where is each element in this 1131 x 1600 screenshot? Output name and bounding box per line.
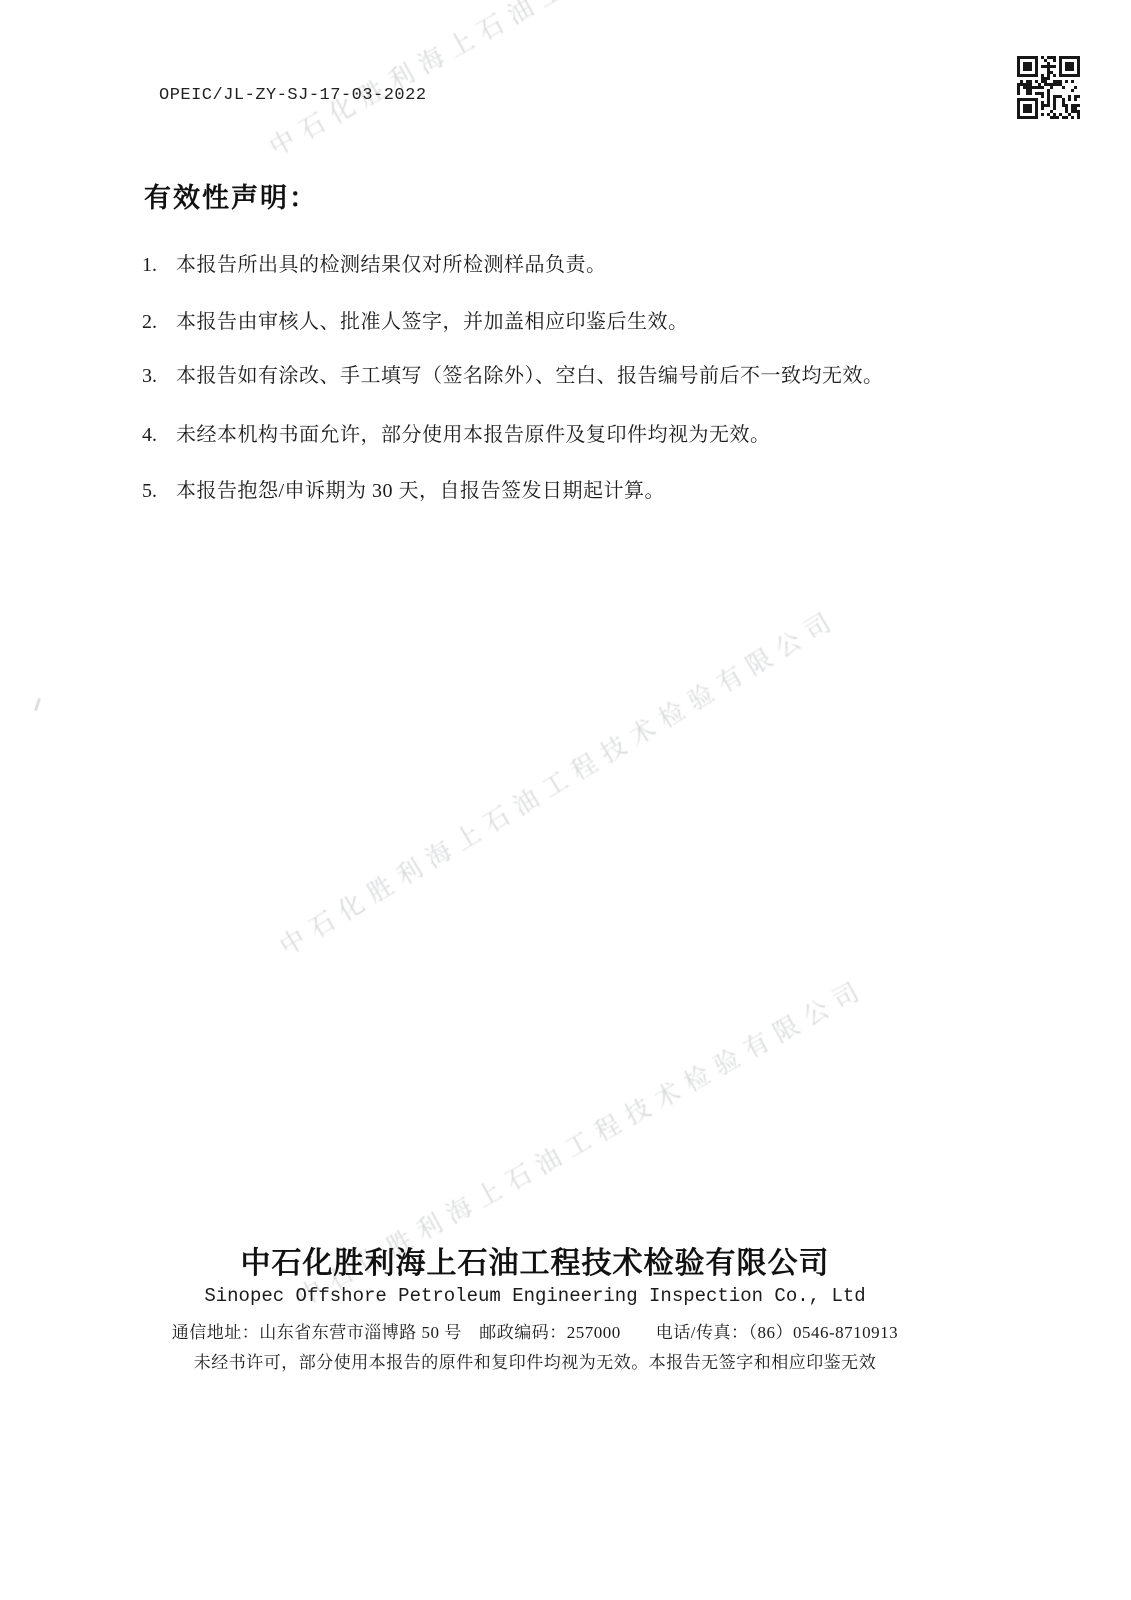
item-text: 本报告所出具的检测结果仅对所检测样品负责。 — [176, 254, 607, 276]
list-item: 3.本报告如有涂改、手工填写（签名除外）、空白、报告编号前后不一致均无效。 — [142, 363, 1002, 389]
document-page: 中石化胜利海上石油工程技术检验有限公司 中石化胜利海上石油工程技术检验有限公司 … — [0, 0, 1131, 1600]
item-number: 4. — [142, 422, 176, 448]
list-item: 5.本报告抱怨/申诉期为 30 天，自报告签发日期起计算。 — [142, 478, 1002, 504]
company-name-en: Sinopec Offshore Petroleum Engineering I… — [165, 1285, 905, 1307]
item-text: 本报告抱怨/申诉期为 30 天，自报告签发日期起计算。 — [176, 480, 665, 502]
list-item: 4.未经本机构书面允许，部分使用本报告原件及复印件均视为无效。 — [142, 422, 1002, 448]
qr-code-icon — [1017, 56, 1080, 119]
scan-artifact-mark — [34, 698, 41, 711]
item-number: 2. — [142, 309, 176, 335]
list-item: 1.本报告所出具的检测结果仅对所检测样品负责。 — [142, 252, 1002, 278]
address-line: 通信地址：山东省东营市淄博路 50 号 邮政编码：257000 电话/传真：（8… — [165, 1318, 905, 1343]
report-code: OPEIC/JL-ZY-SJ-17-03-2022 — [159, 86, 427, 105]
item-text: 未经本机构书面允许，部分使用本报告原件及复印件均视为无效。 — [176, 424, 771, 446]
item-number: 5. — [142, 478, 176, 504]
item-text: 本报告由审核人、批准人签字，并加盖相应印鉴后生效。 — [176, 311, 689, 333]
item-number: 3. — [142, 363, 176, 389]
watermark-band-middle: 中石化胜利海上石油工程技术检验有限公司 — [272, 599, 844, 963]
list-item: 2.本报告由审核人、批准人签字，并加盖相应印鉴后生效。 — [142, 309, 1002, 335]
watermark-band-top: 中石化胜利海上石油工程技术检验有限公司 — [262, 0, 844, 163]
company-name-cn: 中石化胜利海上石油工程技术检验有限公司 — [165, 1238, 905, 1282]
footer-block: 中石化胜利海上石油工程技术检验有限公司 Sinopec Offshore Pet… — [165, 1238, 905, 1373]
item-text: 本报告如有涂改、手工填写（签名除外）、空白、报告编号前后不一致均无效。 — [176, 365, 884, 387]
notice-line: 未经书许可，部分使用本报告的原件和复印件均视为无效。本报告无签字和相应印鉴无效 — [165, 1348, 905, 1373]
item-number: 1. — [142, 252, 176, 278]
page-title: 有效性声明： — [144, 176, 318, 215]
